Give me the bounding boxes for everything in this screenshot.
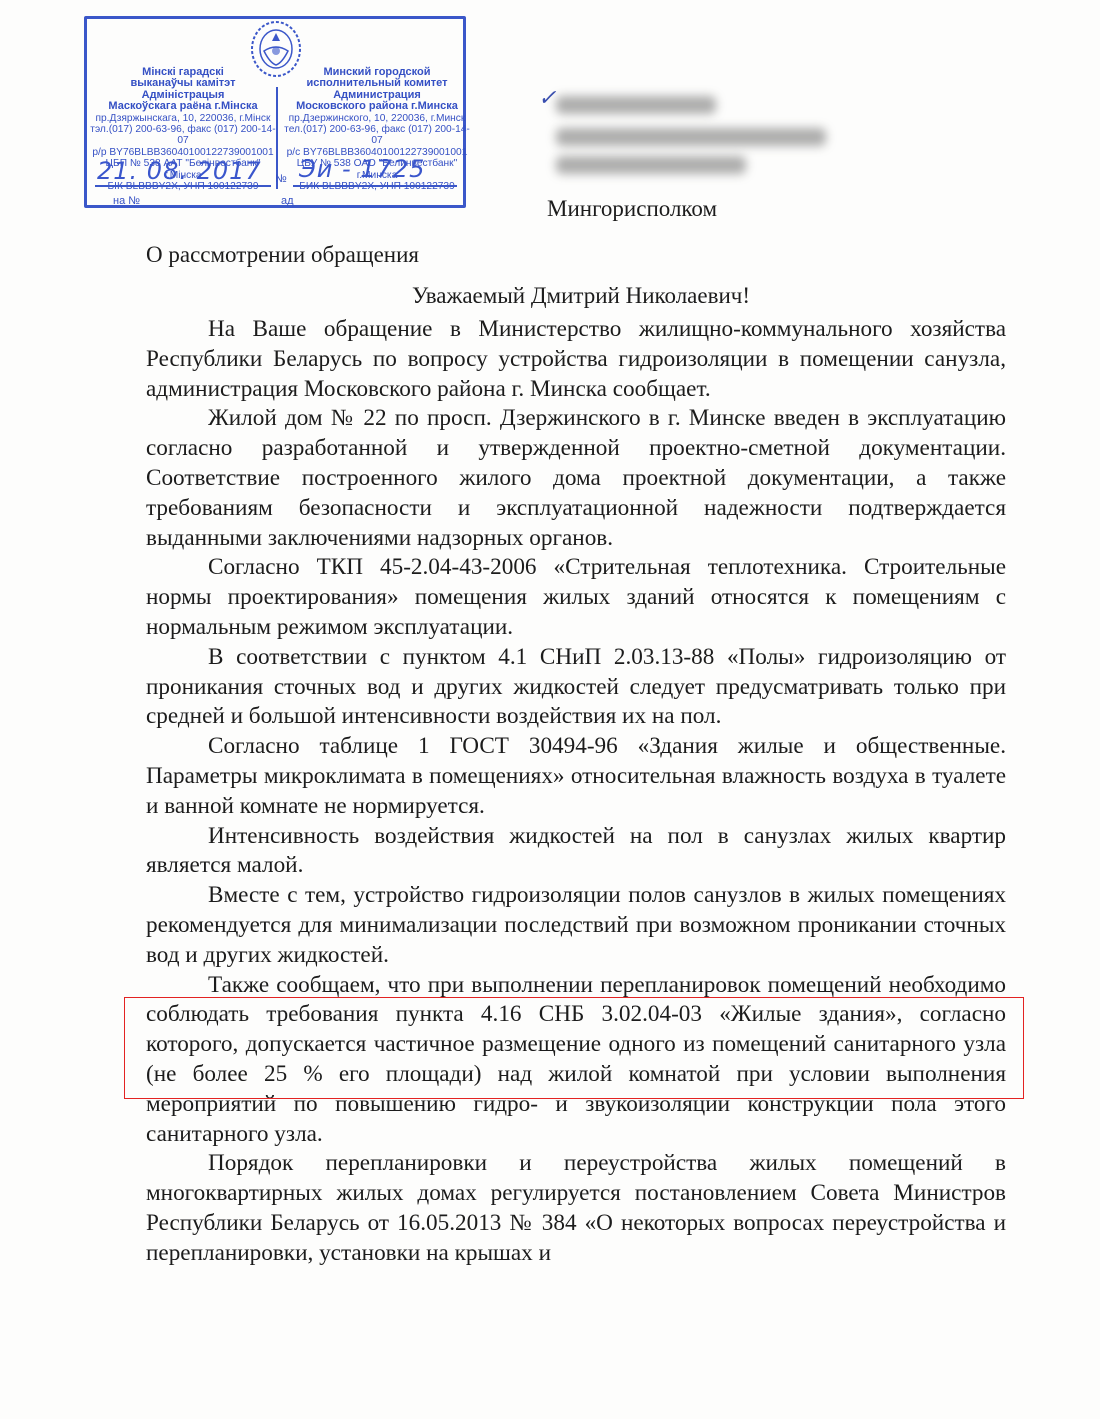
stamp-from-line	[303, 205, 457, 207]
stamp-text: Московского района г.Минска	[283, 101, 471, 112]
stamp-date-row: 21. 08. 2017 № Эи - 1725	[87, 161, 463, 191]
stamp-date-line	[95, 185, 271, 187]
stamp-on-number-label: на №	[113, 195, 140, 207]
paragraph: Согласно ТКП 45-2.04-43-2006 «Стрительна…	[146, 553, 1006, 642]
registration-stamp: Мінскі гарадскі выканаўчы камітэт Адміні…	[84, 16, 466, 208]
paragraph: Интенсивность воздействия жидкостей на п…	[146, 822, 1006, 882]
letter-body: На Ваше обращение в Министерство жилищно…	[146, 315, 1006, 1269]
stamp-number-line	[293, 185, 457, 187]
highlighted-paragraph: Вместе с тем, устройство гидроизоляции п…	[146, 881, 1006, 970]
paragraph: Согласно таблице 1 ГОСТ 30494-96 «Здания…	[146, 732, 1006, 821]
redacted-address-line	[556, 96, 716, 114]
letter-salutation: Уважаемый Дмитрий Николаевич!	[0, 283, 1100, 309]
stamp-text: пр.Дзяржынскага, 10, 220036, г.Мінск	[89, 113, 277, 124]
letter-subject: О рассмотрении обращения	[146, 242, 419, 268]
paragraph: В соответствии с пунктом 4.1 СНиП 2.03.1…	[146, 643, 1006, 732]
stamp-number: Эи - 1725	[299, 155, 425, 183]
recipient-organization: Мингорисполком	[547, 196, 717, 222]
redacted-address-line	[556, 128, 826, 146]
redacted-address-line	[556, 156, 746, 174]
check-mark-icon: ✓	[538, 86, 556, 111]
stamp-from-label: ад	[281, 195, 294, 207]
stamp-text: Маскоўскага раёна г.Мінска	[89, 101, 277, 112]
stamp-text: тэл.(017) 200-63-96, факс (017) 200-14-0…	[89, 124, 277, 147]
stamp-on-number-line	[151, 205, 275, 207]
paragraph: Жилой дом № 22 по просп. Дзержинского в …	[146, 404, 1006, 553]
paragraph: Порядок перепланировки и переустройства …	[146, 1149, 1006, 1268]
stamp-number-label: №	[275, 173, 287, 185]
stamp-text: тел.(017) 200-63-96, факс (017) 200-14-0…	[283, 124, 471, 147]
stamp-date: 21. 08. 2017	[97, 157, 262, 185]
stamp-text: пр.Дзержинского, 10, 220036, г.Минск	[283, 113, 471, 124]
paragraph: На Ваше обращение в Министерство жилищно…	[146, 315, 1006, 404]
paragraph: Также сообщаем, что при выполнении переп…	[146, 971, 1006, 1150]
